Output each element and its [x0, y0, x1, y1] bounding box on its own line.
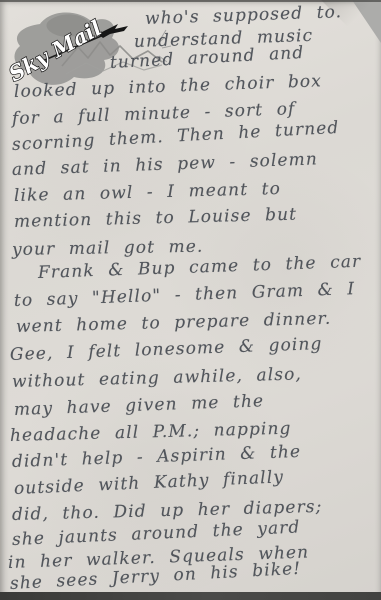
handwritten-line: like an owl - I meant to	[14, 178, 281, 207]
scan-bottom-edge	[0, 592, 381, 600]
scanned-letter-page: Sky Mail who's supposed to.understand mu…	[0, 0, 381, 600]
letter-body: who's supposed to.understand musicturned…	[0, 0, 381, 600]
handwritten-line: to say "Hello" - then Gram & I	[14, 278, 356, 312]
scan-top-edge	[0, 0, 381, 2]
handwritten-line: who's supposed to.	[145, 1, 343, 30]
handwritten-line: without eating awhile, also,	[12, 363, 302, 393]
handwritten-line: may have given me the	[14, 390, 265, 421]
handwritten-line: mention this to Louise but	[14, 204, 298, 233]
handwritten-line: Gee, I felt lonesome & going	[10, 333, 323, 366]
